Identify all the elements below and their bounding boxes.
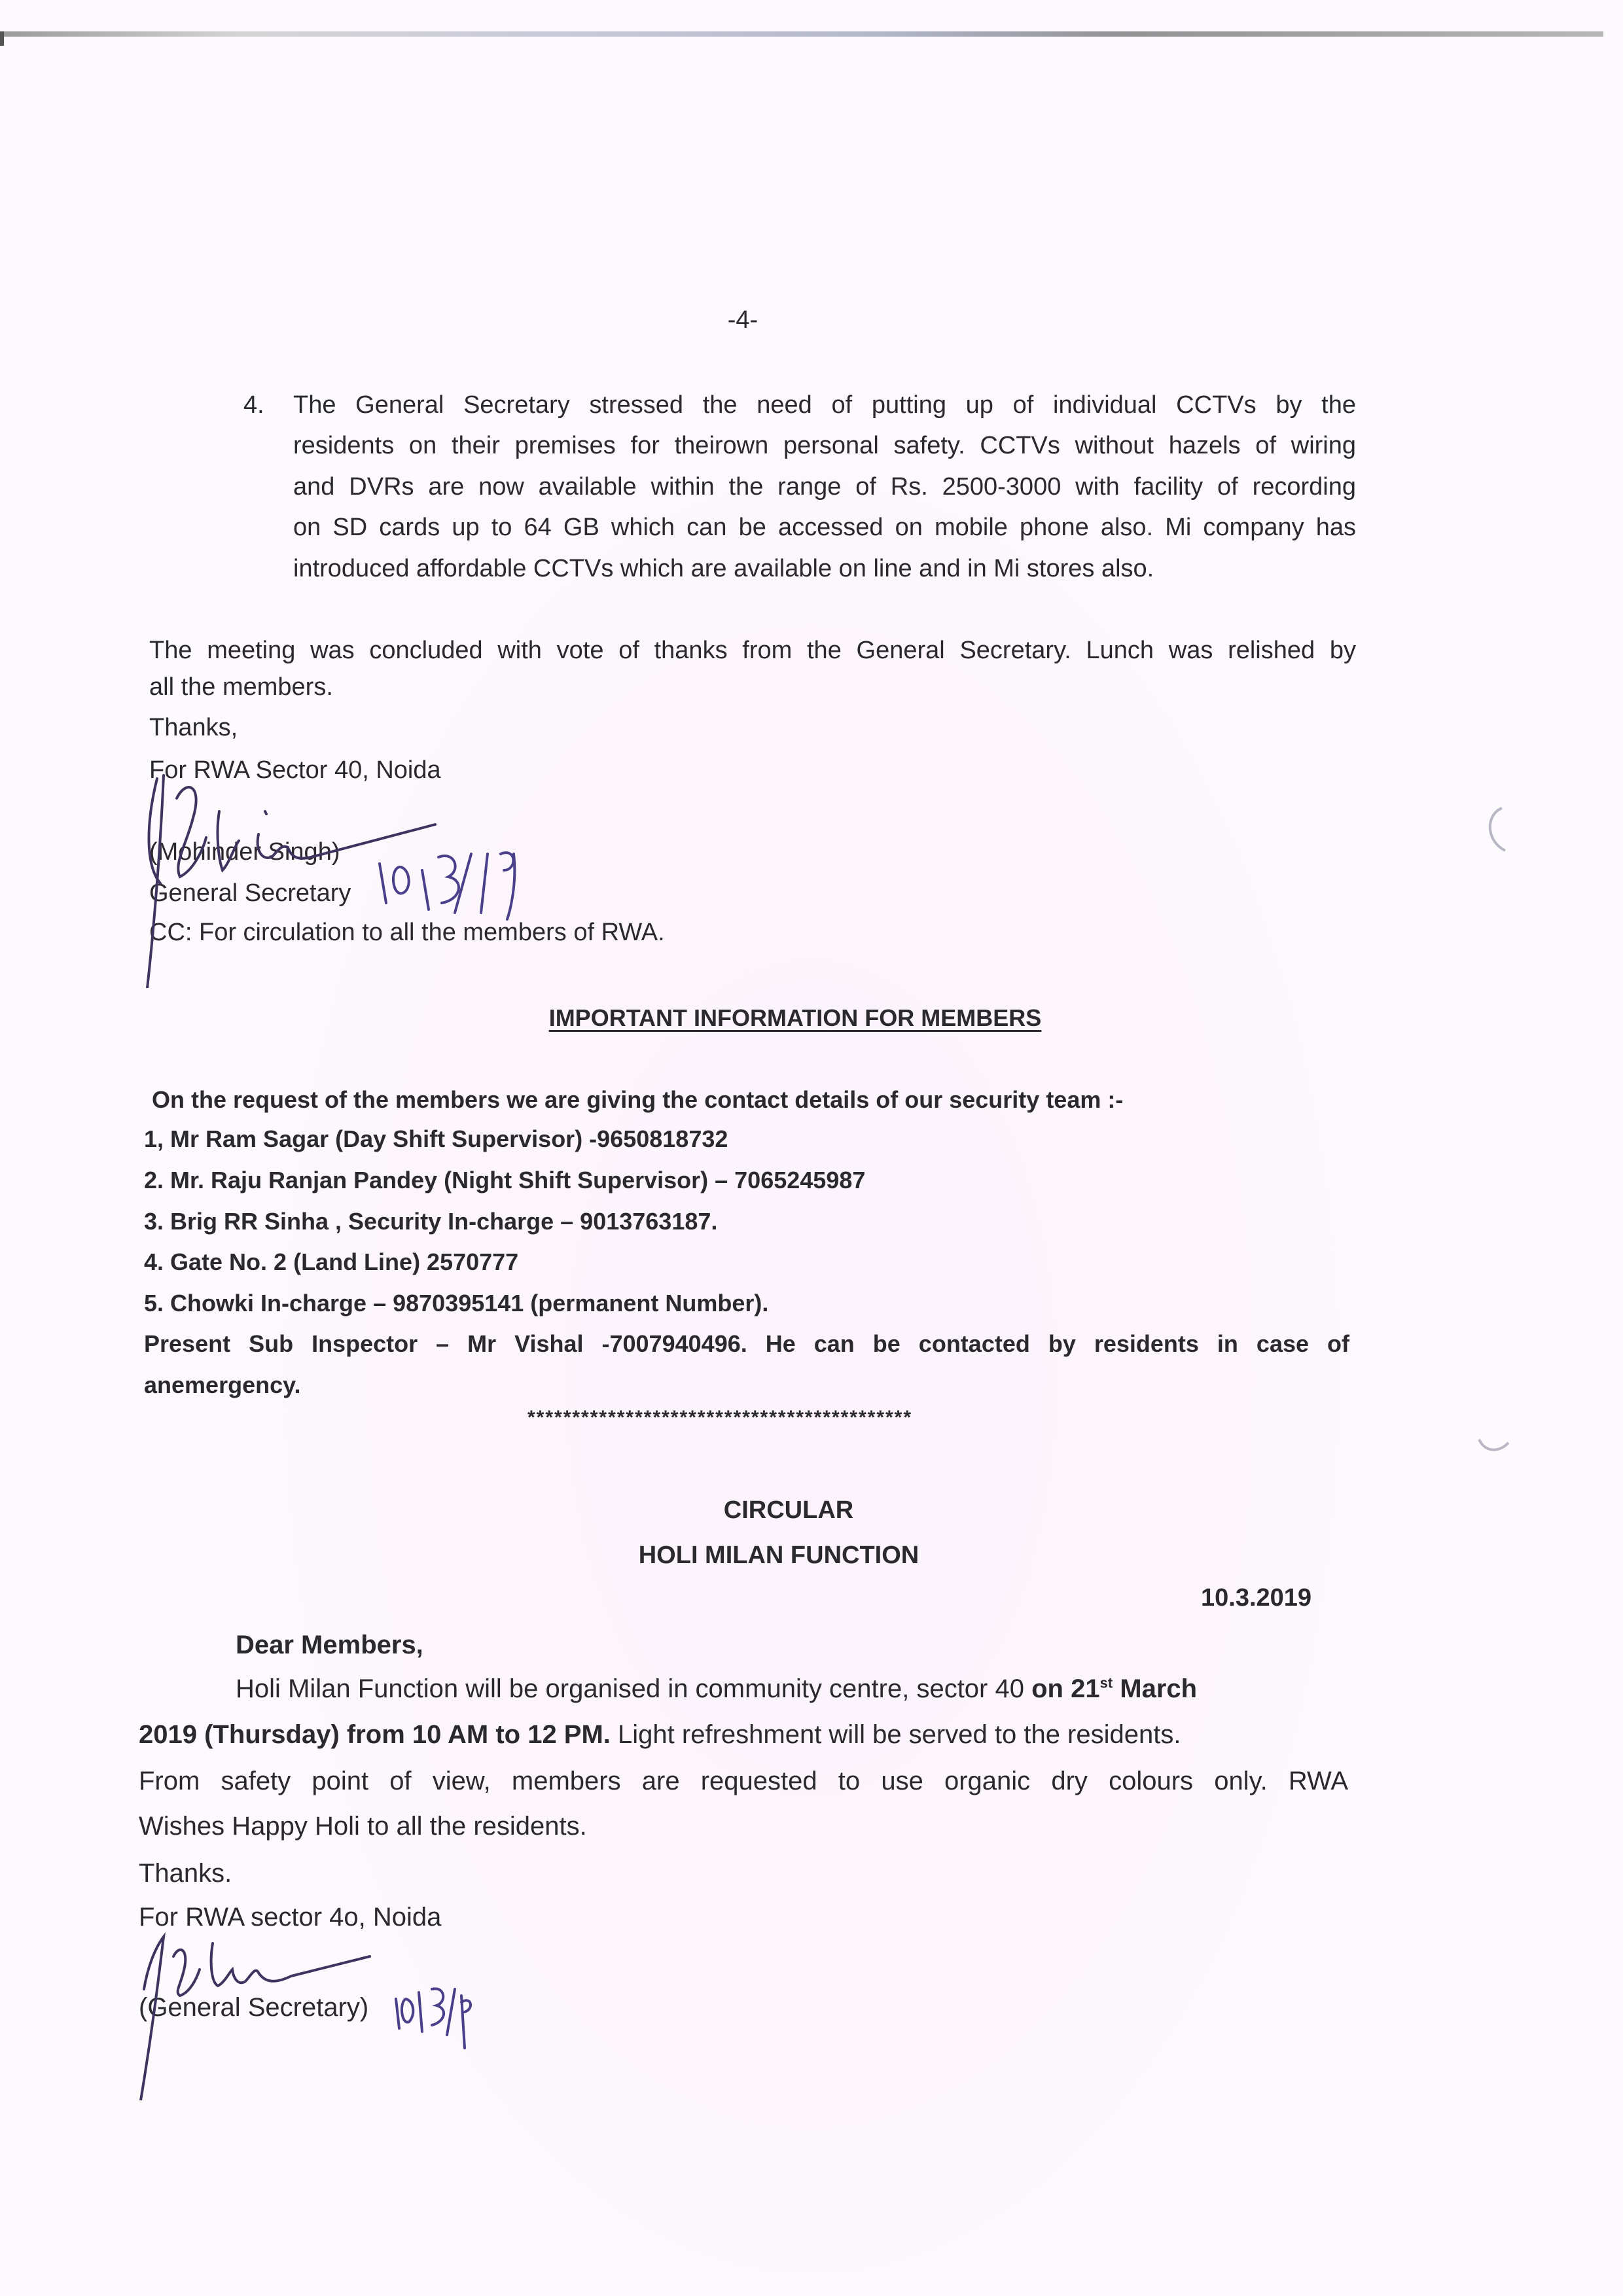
important-info-heading: IMPORTANT INFORMATION FOR MEMBERS	[0, 1006, 1590, 1030]
for-org: For RWA Sector 40, Noida	[149, 758, 441, 783]
circular-for-org: For RWA sector 4o, Noida	[139, 1904, 441, 1930]
page-number: -4-	[0, 308, 1486, 332]
item-number: 4.	[243, 393, 264, 417]
circular-signatory-title: (General Secretary)	[139, 1994, 368, 2021]
sub-inspector-line-1: Present Sub Inspector – Mr Vishal -70079…	[144, 1332, 1349, 1356]
contact-4: 4. Gate No. 2 (Land Line) 2570777	[144, 1250, 518, 1274]
scan-artifact	[1476, 805, 1515, 857]
item4-line-2: residents on their premises for theirown…	[293, 433, 1356, 458]
circular-body-line-1: Holi Milan Function will be organised in…	[236, 1676, 1197, 1702]
contact-1: 1, Mr Ram Sagar (Day Shift Supervisor) -…	[144, 1127, 728, 1151]
circular-body-line-3: From safety point of view, members are r…	[139, 1768, 1348, 1794]
conclusion-line-2: all the members.	[149, 675, 333, 699]
cc-line: CC: For circulation to all the members o…	[149, 920, 665, 945]
salutation: Dear Members,	[236, 1632, 423, 1658]
item4-line-5: introduced affordable CCTVs which are av…	[293, 556, 1154, 581]
event-time-text: 2019 (Thursday) from 10 AM to 12 PM.	[139, 1720, 611, 1749]
ordinal-suffix: st	[1100, 1675, 1113, 1691]
scan-edge	[0, 31, 1603, 37]
item4-line-4: on SD cards up to 64 GB which can be acc…	[293, 515, 1356, 540]
circular-date: 10.3.2019	[1201, 1585, 1311, 1610]
item4-line-1: The General Secretary stressed the need …	[293, 393, 1356, 417]
circular-subtitle: HOLI MILAN FUNCTION	[0, 1543, 1558, 1568]
event-month-text: March	[1113, 1674, 1197, 1703]
contact-2: 2. Mr. Raju Ranjan Pandey (Night Shift S…	[144, 1169, 865, 1192]
signatory-name: (Mohinder Singh)	[149, 839, 340, 864]
circular-body-line-4: Wishes Happy Holi to all the residents.	[139, 1813, 587, 1839]
contact-3: 3. Brig RR Sinha , Security In-charge – …	[144, 1210, 717, 1233]
circular-title: CIRCULAR	[0, 1498, 1577, 1523]
circular-thanks: Thanks.	[139, 1860, 232, 1886]
body-text: Light refreshment will be served to the …	[611, 1720, 1181, 1749]
item4-line-3: and DVRs are now available within the ra…	[293, 474, 1356, 499]
contact-5: 5. Chowki In-charge – 9870395141 (perman…	[144, 1292, 768, 1315]
security-intro: On the request of the members we are giv…	[152, 1088, 1123, 1112]
scan-edge-mark	[0, 31, 4, 46]
sub-inspector-line-2: anemergency.	[144, 1373, 300, 1397]
signatory-title: General Secretary	[149, 881, 351, 906]
separator-stars: ****************************************…	[527, 1408, 912, 1428]
circular-body-line-2: 2019 (Thursday) from 10 AM to 12 PM. Lig…	[139, 1722, 1181, 1748]
scan-artifact	[1476, 1426, 1515, 1466]
conclusion-line-1: The meeting was concluded with vote of t…	[149, 638, 1356, 663]
thanks-text: Thanks,	[149, 715, 238, 740]
body-text: Holi Milan Function will be organised in…	[236, 1674, 1031, 1703]
event-date-text: on 21	[1031, 1674, 1099, 1703]
